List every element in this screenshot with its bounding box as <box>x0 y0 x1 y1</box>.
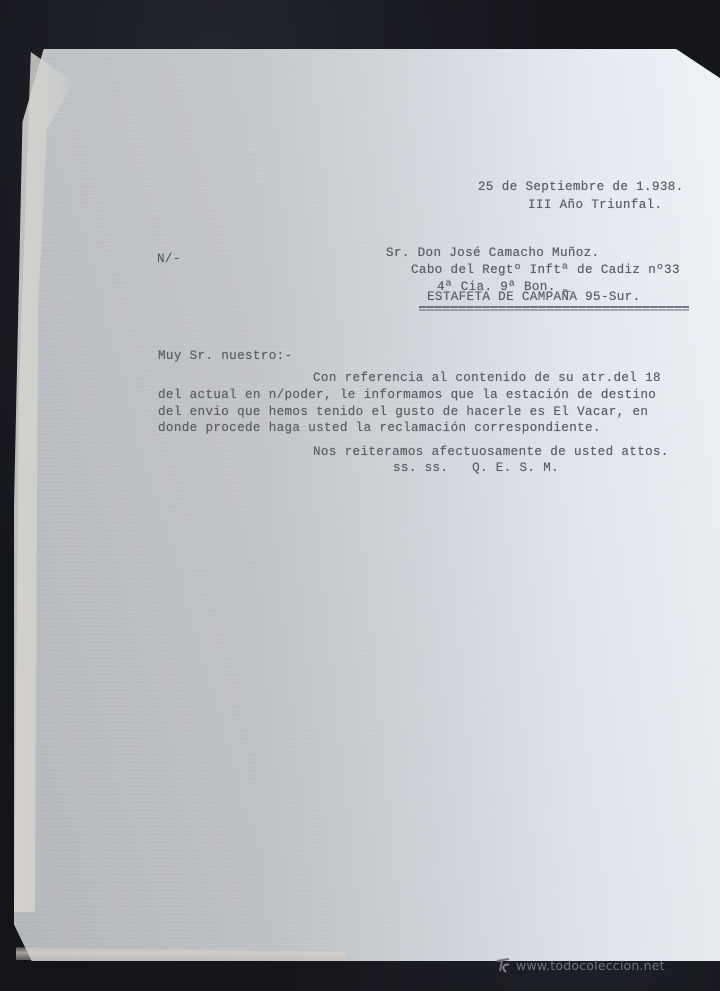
watermark-text: www.todocoleccion.net <box>516 958 665 973</box>
year-line: III Año Triunfal. <box>528 199 662 212</box>
body-line-3: del envio que hemos tenido el gusto de h… <box>158 406 648 419</box>
body-line-1: Con referencia al contenido de su atr.de… <box>313 372 661 385</box>
salutation: Muy Sr. nuestro:- <box>158 350 292 363</box>
recipient-underline <box>419 306 689 308</box>
date-line: 25 de Septiembre de 1.938. <box>478 181 684 194</box>
todocoleccion-logo-icon <box>494 956 512 974</box>
recipient-post: ESTAFETA DE CAMPAÑA 95-Sur. <box>427 291 641 304</box>
body-line-2: del actual en n/poder, le informamos que… <box>158 389 656 402</box>
reference-mark: N/- <box>157 253 181 266</box>
watermark: www.todocoleccion.net <box>494 956 665 974</box>
recipient-underline-shadow <box>419 309 689 311</box>
body-line-4: donde procede haga usted la reclamación … <box>158 422 601 435</box>
closing-line-2: ss. ss. Q. E. S. M. <box>393 462 559 475</box>
closing-line-1: Nos reiteramos afectuosamente de usted a… <box>313 446 669 459</box>
recipient-rank-unit: Cabo del Regtº Inftª de Cadiz nº33 <box>411 264 680 277</box>
recipient-name: Sr. Don José Camacho Muñoz. <box>386 247 600 260</box>
